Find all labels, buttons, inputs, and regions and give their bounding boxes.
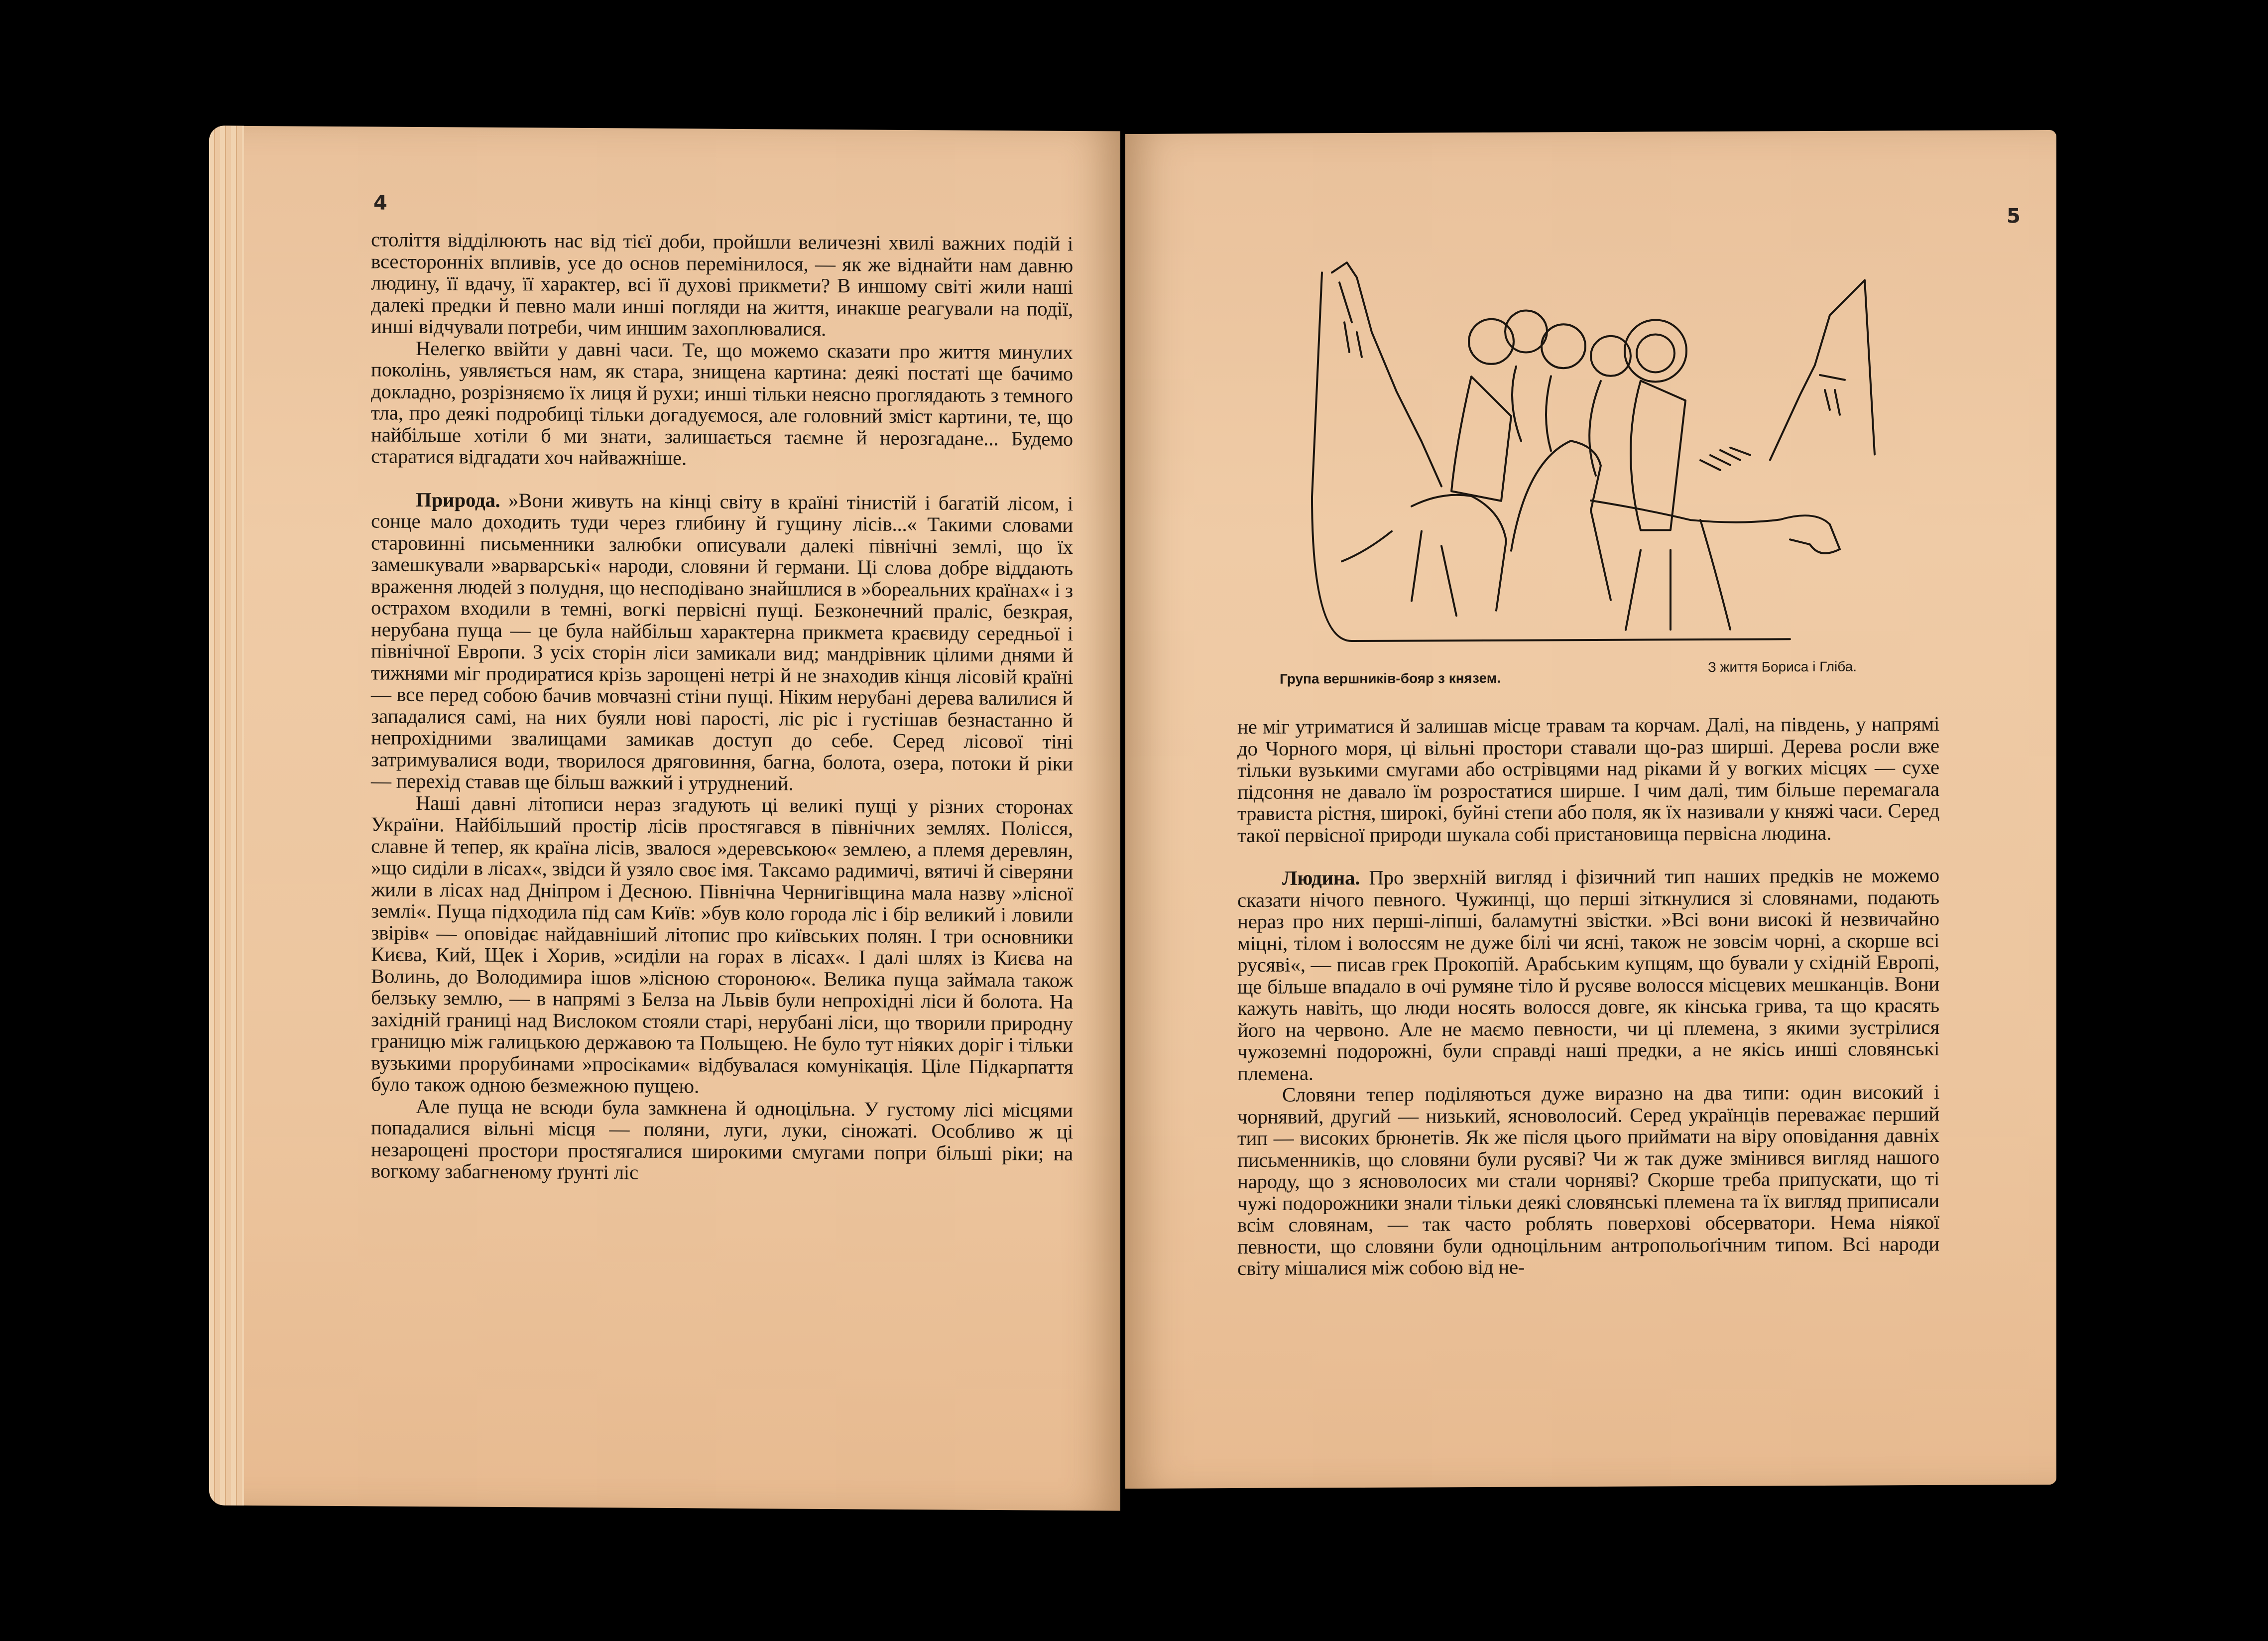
riders-drawing-icon [1292, 250, 1890, 666]
section-paragraph: Людина. Про зверхній вигляд і фізичний т… [1237, 865, 1939, 1084]
figure-caption-left: Група вершників-бояр з князем. [1280, 670, 1501, 687]
figure-caption-right: З життя Бориса і Гліба. [1708, 659, 1857, 675]
right-page: 5 [1125, 130, 2056, 1489]
paragraph-text: »Вони живуть на кінці світу в країні тін… [371, 489, 1073, 795]
right-page-text: не міг утриматися й залишав місце травам… [1237, 713, 1939, 1279]
paragraph: не міг утриматися й залишав місце травам… [1237, 713, 1939, 846]
paragraph: Словяни тепер поділяються дуже виразно н… [1237, 1081, 1939, 1279]
page-number: 5 [2007, 205, 2021, 228]
book-spread: 4 століття віддiлюють нас від тієї доби,… [0, 0, 2268, 1641]
paragraph-text: Про зверхній вигляд і фізичний тип наших… [1237, 864, 1939, 1085]
illustration-riders [1292, 250, 1890, 666]
paragraph: Нелегко ввійти у давні часи. Те, що може… [371, 337, 1073, 472]
page-number: 4 [373, 191, 387, 214]
section-heading: Людина. [1282, 866, 1360, 889]
section-heading: Природа. [416, 488, 500, 511]
paragraph: Але пуща не всюди була замкнена й одноці… [371, 1095, 1073, 1186]
section-paragraph: Природа. »Вони живуть на кінці світу в к… [371, 489, 1073, 796]
paragraph: Наші давні літописи нераз згадують ці ве… [371, 792, 1073, 1100]
paragraph: століття віддiлюють нас від тієї доби, п… [371, 229, 1073, 341]
left-page-text: століття віддiлюють нас від тієї доби, п… [371, 229, 1073, 1186]
left-page: 4 століття віддiлюють нас від тієї доби,… [209, 126, 1120, 1511]
